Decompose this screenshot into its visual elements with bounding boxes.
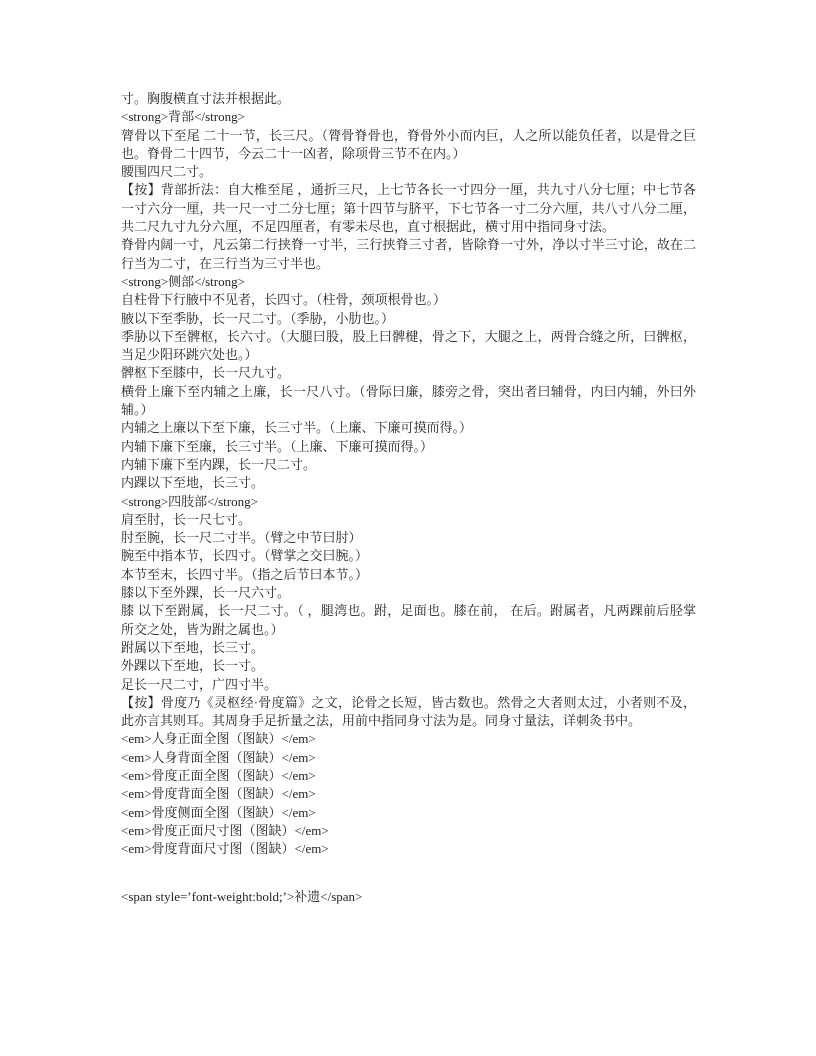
text-line: 内辅下廉下至廉，长三寸半。（上廉、下廉可摸而得。） — [121, 438, 696, 456]
text-line: 腰围四尺二寸。 — [121, 163, 696, 181]
text-line: 寸。胸腹横直寸法并根据此。 — [121, 90, 696, 108]
text-line: 腕至中指本节，长四寸。（臂掌之交曰腕。） — [121, 547, 696, 565]
text-line: <strong>侧部</strong> — [121, 273, 696, 291]
text-line: <em>骨度侧面全图（图缺）</em> — [121, 804, 696, 822]
text-line: 【按】骨度乃《灵枢经·骨度篇》之文，论骨之长短，皆古数也。然骨之大者则太过，小者… — [121, 694, 696, 731]
text-line: <em>人身正面全图（图缺）</em> — [121, 730, 696, 748]
text-line: 【按】背部折法：自大椎至尾 ，通折三尺，上七节各长一寸四分一厘，共九寸八分七厘；… — [121, 181, 696, 236]
text-line: 肘至腕，长一尺二寸半。（臂之中节曰肘） — [121, 529, 696, 547]
text-line: 腋以下至季胁，长一尺二寸。（季胁，小肋也。） — [121, 310, 696, 328]
text-line: 内辅之上廉以下至下廉，长三寸半。（上廉、下廉可摸而得。） — [121, 419, 696, 437]
text-line: 膝以下至外踝，长一尺六寸。 — [121, 584, 696, 602]
document-page: 寸。胸腹横直寸法并根据此。<strong>背部</strong>膂骨以下至尾 二… — [0, 0, 816, 1056]
text-line: 季胁以下至髀枢，长六寸。（大腿曰股，股上曰髀楗，骨之下，大腿之上，两骨合缝之所，… — [121, 328, 696, 365]
text-line: 外踝以下至地，长一寸。 — [121, 657, 696, 675]
text-line: 跗属以下至地，长三寸。 — [121, 639, 696, 657]
text-line: <em>骨度正面全图（图缺）</em> — [121, 767, 696, 785]
blank-line — [121, 858, 696, 873]
text-line: <em>人身背面全图（图缺）</em> — [121, 749, 696, 767]
text-line: 脊骨内阔一寸，凡云第二行挟脊一寸半，三行挟脊三寸者，皆除脊一寸外，净以寸半三寸论… — [121, 236, 696, 273]
text-line: 自柱骨下行腋中不见者，长四寸。（柱骨，颈项根骨也。） — [121, 291, 696, 309]
text-line: 膝 以下至跗属，长一尺二寸。（ ，腿湾也。跗，足面也。膝在前， 在后。跗属者，凡… — [121, 602, 696, 639]
text-line: 内辅下廉下至内踝，长一尺二寸。 — [121, 456, 696, 474]
text-line: 内踝以下至地，长三寸。 — [121, 474, 696, 492]
text-line: 本节至末，长四寸半。（指之后节曰本节。） — [121, 566, 696, 584]
text-line: 膂骨以下至尾 二十一节，长三尺。（膂骨脊骨也，脊骨外小而内巨，人之所以能负任者，… — [121, 127, 696, 164]
text-line: 髀枢下至膝中，长一尺九寸。 — [121, 364, 696, 382]
text-line: <em>骨度背面尺寸图（图缺）</em> — [121, 840, 696, 858]
text-line: 肩至肘，长一尺七寸。 — [121, 511, 696, 529]
text-line: 足长一尺二寸，广四寸半。 — [121, 676, 696, 694]
text-line: <em>骨度背面全图（图缺）</em> — [121, 785, 696, 803]
text-line: <strong>背部</strong> — [121, 108, 696, 126]
text-line: <span style=’font-weight:bold;’>补遗</span… — [121, 888, 696, 906]
text-line: <em>骨度正面尺寸图（图缺）</em> — [121, 822, 696, 840]
text-line: 横骨上廉下至内辅之上廉，长一尺八寸。（骨际曰廉，膝旁之骨，突出者曰辅骨，内曰内辅… — [121, 383, 696, 420]
text-line: <strong>四肢部</strong> — [121, 493, 696, 511]
document-text: 寸。胸腹横直寸法并根据此。<strong>背部</strong>膂骨以下至尾 二… — [121, 90, 696, 907]
blank-line — [121, 873, 696, 888]
